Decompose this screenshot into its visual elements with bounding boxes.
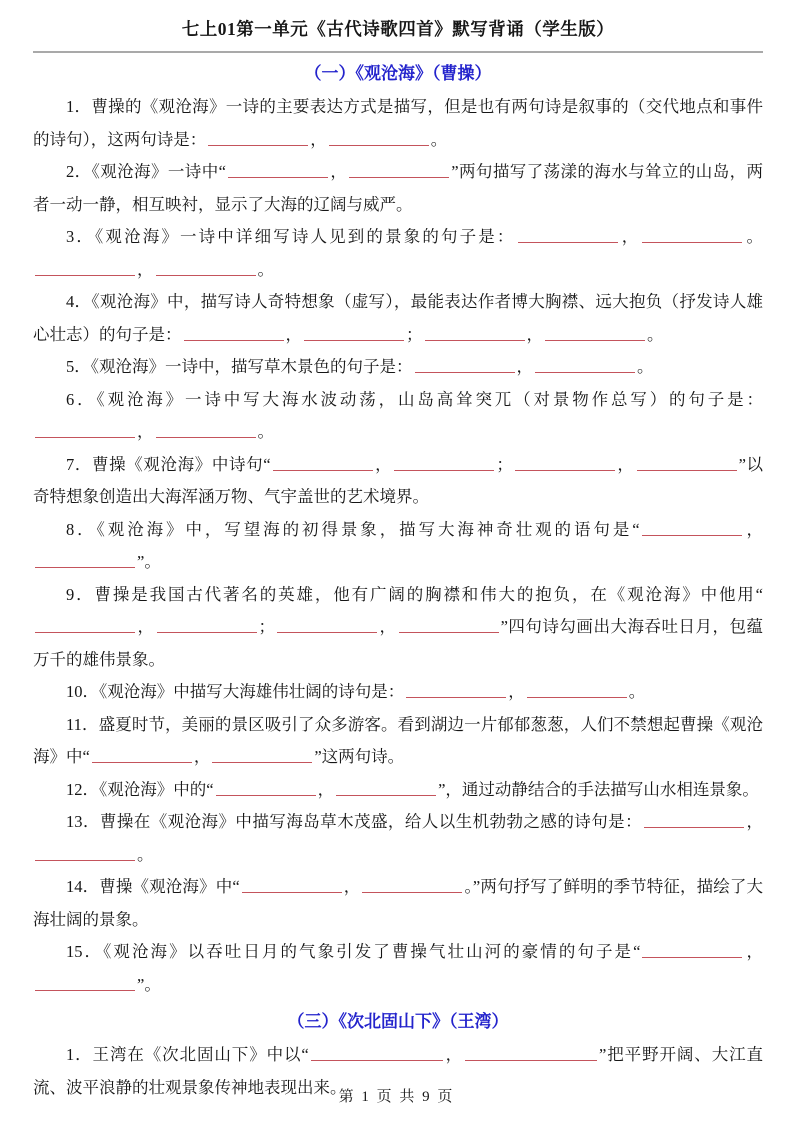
question-item: 4．《观沧海》中，描写诗人奇特想象（虚写），最能表达作者博大胸襟、远大抱负（抒发… (33, 286, 763, 351)
answer-blank[interactable] (35, 977, 135, 991)
document-page: 七上01第一单元《古代诗歌四首》默写背诵（学生版） （一）《观沧海》（曹操）1．… (0, 0, 793, 1122)
question-text: 。 (637, 357, 654, 376)
question-text: 。 (431, 130, 448, 149)
question-item: 10．《观沧海》中描写大海雄伟壮阔的诗句是：，。 (33, 676, 763, 709)
question-text: ， (527, 325, 544, 344)
question-text: ”。 (137, 975, 161, 994)
question-text: ； (259, 617, 276, 636)
question-item: 3．《观沧海》一诗中详细写诗人见到的景象的句子是：，。，。 (33, 221, 763, 286)
answer-blank[interactable] (642, 229, 742, 243)
answer-blank[interactable] (304, 327, 404, 341)
title-divider (33, 51, 763, 53)
answer-blank[interactable] (545, 327, 645, 341)
answer-blank[interactable] (515, 457, 615, 471)
question-item: 8．《观沧海》中，写望海的初得景象，描写大海神奇壮观的语句是“，”。 (33, 514, 763, 579)
question-item: 12．《观沧海》中的“，”，通过动静结合的手法描写山水相连景象。 (33, 774, 763, 807)
question-text: 。 (258, 260, 275, 279)
answer-blank[interactable] (399, 619, 499, 633)
question-text: 8．《观沧海》中，写望海的初得景象，描写大海神奇壮观的语句是“ (66, 520, 640, 539)
section-heading: （三）《次北固山下》（王湾） (33, 1006, 763, 1037)
answer-blank[interactable] (394, 457, 494, 471)
answer-blank[interactable] (637, 457, 737, 471)
question-text: ； (406, 325, 423, 344)
answer-blank[interactable] (535, 359, 635, 373)
answer-blank[interactable] (35, 847, 135, 861)
answer-blank[interactable] (228, 164, 328, 178)
answer-blank[interactable] (156, 262, 256, 276)
answer-blank[interactable] (35, 262, 135, 276)
answer-blank[interactable] (527, 684, 627, 698)
question-text: 。 (137, 845, 154, 864)
question-text: ， (508, 682, 525, 701)
question-item: 14．曹操《观沧海》中“，。”两句抒写了鲜明的季节特征，描绘了大海壮阔的景象。 (33, 871, 763, 936)
question-item: 13．曹操在《观沧海》中描写海岛草木茂盛，给人以生机勃勃之感的诗句是：，。 (33, 806, 763, 871)
question-text: 12．《观沧海》中的“ (66, 780, 214, 799)
question-text: ， (310, 130, 327, 149)
answer-blank[interactable] (644, 814, 744, 828)
question-text: ， (318, 780, 335, 799)
answer-blank[interactable] (212, 749, 312, 763)
answer-blank[interactable] (415, 359, 515, 373)
answer-blank[interactable] (157, 619, 257, 633)
question-text: ”，通过动静结合的手法描写山水相连景象。 (438, 780, 759, 799)
document-title: 七上01第一单元《古代诗歌四首》默写背诵（学生版） (33, 16, 763, 42)
question-text: 5．《观沧海》一诗中，描写草木景色的句子是： (66, 357, 413, 376)
question-item: 9．曹操是我国古代著名的英雄，他有广阔的胸襟和伟大的抱负，在《观沧海》中他用“，… (33, 579, 763, 677)
question-text: ”这两句诗。 (314, 747, 404, 766)
question-item: 6．《观沧海》一诗中写大海水波动荡，山岛高耸突兀（对景物作总写）的句子是：，。 (33, 384, 763, 449)
question-text: 13．曹操在《观沧海》中描写海岛草木茂盛，给人以生机勃勃之感的诗句是： (66, 812, 642, 831)
question-item: 15．《观沧海》以吞吐日月的气象引发了曹操气壮山河的豪情的句子是“，”。 (33, 936, 763, 1001)
answer-blank[interactable] (35, 619, 135, 633)
question-text: ， (344, 877, 361, 896)
question-text: 10．《观沧海》中描写大海雄伟壮阔的诗句是： (66, 682, 404, 701)
answer-blank[interactable] (35, 424, 135, 438)
question-text: ， (517, 357, 534, 376)
answer-blank[interactable] (184, 327, 284, 341)
question-text: 7．曹操《观沧海》中诗句“ (66, 455, 271, 474)
question-text: ， (330, 162, 347, 181)
question-text: ， (379, 617, 397, 636)
answer-blank[interactable] (642, 522, 742, 536)
answer-blank[interactable] (277, 619, 377, 633)
question-item: 5．《观沧海》一诗中，描写草木景色的句子是：，。 (33, 351, 763, 384)
question-text: ， (194, 747, 211, 766)
question-text: 3．《观沧海》一诗中详细写诗人见到的景象的句子是： (66, 227, 516, 246)
question-text: ， (137, 422, 154, 441)
answer-blank[interactable] (425, 327, 525, 341)
question-text: 。 (258, 422, 275, 441)
answer-blank[interactable] (362, 879, 462, 893)
answer-blank[interactable] (156, 424, 256, 438)
question-text: 15．《观沧海》以吞吐日月的气象引发了曹操气壮山河的豪情的句子是“ (66, 942, 640, 961)
question-text: 14．曹操《观沧海》中“ (66, 877, 240, 896)
question-text: ， (744, 520, 763, 539)
question-text: 2．《观沧海》一诗中“ (66, 162, 226, 181)
question-text: ， (137, 260, 154, 279)
answer-blank[interactable] (518, 229, 618, 243)
question-text: ， (617, 455, 635, 474)
question-text: ， (137, 617, 155, 636)
answer-blank[interactable] (406, 684, 506, 698)
question-text: ， (620, 227, 641, 246)
question-item: 11．盛夏时节，美丽的景区吸引了众多游客。看到湖边一片郁郁葱葱，人们不禁想起曹操… (33, 709, 763, 774)
answer-blank[interactable] (242, 879, 342, 893)
question-text: ”。 (137, 552, 161, 571)
question-text: 。 (647, 325, 664, 344)
answer-blank[interactable] (329, 132, 429, 146)
answer-blank[interactable] (642, 944, 742, 958)
worksheet-section: （一）《观沧海》（曹操）1．曹操的《观沧海》一诗的主要表达方式是描写，但是也有两… (33, 58, 763, 1001)
question-text: ， (744, 942, 763, 961)
answer-blank[interactable] (35, 554, 135, 568)
question-text: 。 (629, 682, 646, 701)
answer-blank[interactable] (349, 164, 449, 178)
question-text: ， (746, 812, 763, 831)
answer-blank[interactable] (92, 749, 192, 763)
question-text: ， (375, 455, 393, 474)
question-text: ， (445, 1045, 463, 1064)
question-text: ， (286, 325, 303, 344)
answer-blank[interactable] (465, 1047, 597, 1061)
answer-blank[interactable] (336, 782, 436, 796)
answer-blank[interactable] (273, 457, 373, 471)
answer-blank[interactable] (216, 782, 316, 796)
question-item: 7．曹操《观沧海》中诗句“，；，”以奇特想象创造出大海浑涵万物、气宇盖世的艺术境… (33, 449, 763, 514)
question-text: 6．《观沧海》一诗中写大海水波动荡，山岛高耸突兀（对景物作总写）的句子是： (66, 390, 763, 409)
question-item: 1．曹操的《观沧海》一诗的主要表达方式是描写，但是也有两句诗是叙事的（交代地点和… (33, 91, 763, 156)
section-heading: （一）《观沧海》（曹操） (33, 58, 763, 89)
document-body: （一）《观沧海》（曹操）1．曹操的《观沧海》一诗的主要表达方式是描写，但是也有两… (33, 58, 763, 1104)
question-text: 9．曹操是我国古代著名的英雄，他有广阔的胸襟和伟大的抱负，在《观沧海》中他用“ (66, 585, 763, 604)
question-text: ； (496, 455, 513, 474)
page-number-footer: 第 1 页 共 9 页 (0, 1085, 793, 1106)
question-text: 1．王湾在《次北固山下》中以“ (66, 1045, 309, 1064)
question-item: 2．《观沧海》一诗中“，”两句描写了荡漾的海水与耸立的山岛，两者一动一静，相互映… (33, 156, 763, 221)
answer-blank[interactable] (311, 1047, 443, 1061)
answer-blank[interactable] (208, 132, 308, 146)
question-text: 。 (744, 227, 763, 246)
